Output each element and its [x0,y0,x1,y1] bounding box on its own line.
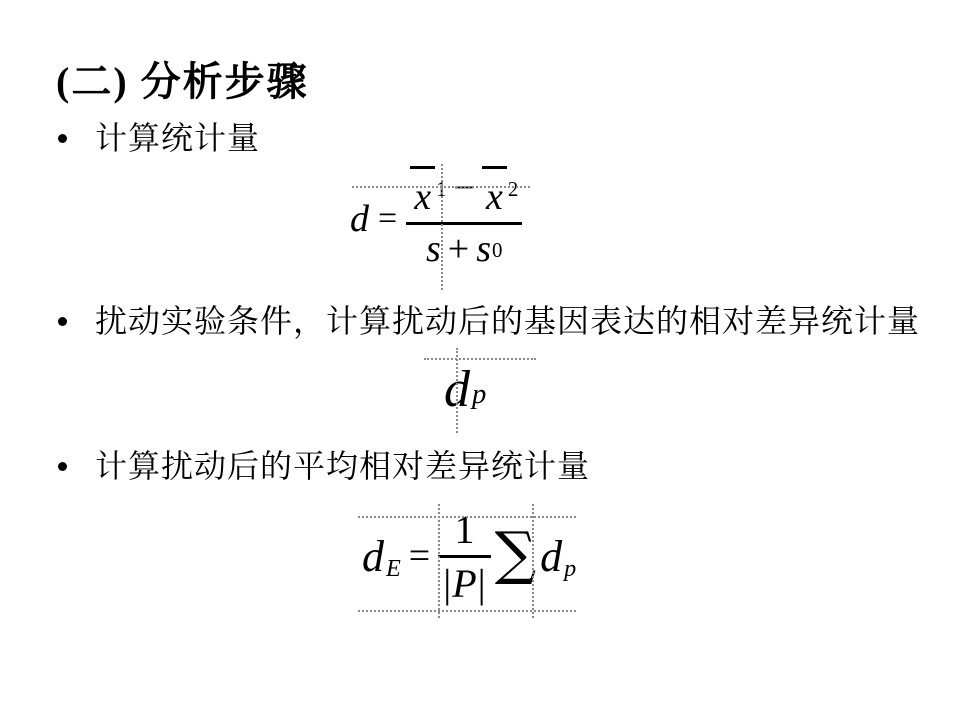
equation-guide-v [532,504,534,618]
equation-guide-h [358,516,576,518]
bullet-icon [58,462,67,471]
fraction-numerator: x 1 − x 2 [406,166,522,219]
overline-x2: x [482,166,507,219]
bullet-item-2: 扰动实验条件，计算扰动后的基因表达的相对差异统计量 [58,301,920,341]
abs-bar-right: | [477,560,487,607]
plus-sign: + [448,227,469,271]
fraction: x 1 − x 2 s + s 0 [406,166,522,271]
bullet-icon [58,134,67,143]
equation-d-statistic: d = x 1 − x 2 s + s 0 [350,166,522,271]
bullet-item-1: 计算统计量 [58,118,260,158]
abs-bar-left: | [442,560,452,607]
subscript-E: E [386,555,401,583]
minus-sign: − [454,166,475,210]
var-d: d [540,531,562,582]
slide-title: (二) 分析步骤 [56,60,309,104]
var-P: P [452,560,476,607]
bullet-text-1: 计算统计量 [95,118,260,158]
bullet-text-2: 扰动实验条件，计算扰动后的基因表达的相对差异统计量 [95,301,920,341]
var-d: d [362,531,384,582]
fraction-numerator: 1 [450,506,478,553]
var-d: d [350,197,369,241]
overline-x1: x [410,166,435,219]
summation-icon: ∑ [495,524,536,582]
fraction-denominator: | P | [438,560,490,607]
subscript-p: p [472,379,486,411]
bullet-item-3: 计算扰动后的平均相对差异统计量 [58,446,590,486]
bullet-icon [58,317,67,326]
equals-sign: = [409,534,430,578]
equals-sign: = [378,200,397,238]
equation-guide-v [438,504,440,618]
equation-d-p: d p [444,360,486,419]
xbar-2: x 2 [482,166,518,219]
subscript-0: 0 [492,238,502,263]
bullet-text-3: 计算扰动后的平均相对差异统计量 [95,446,590,486]
equation-d-average: d E = 1 | P | ∑ d p [362,510,576,602]
equation-guide-h [424,358,536,360]
fraction-denominator: s + s 0 [422,227,506,271]
equation-guide-v [441,164,443,290]
fraction-bar [438,555,490,558]
var-s0: s [476,227,491,271]
equation-guide-h [358,610,576,612]
subscript-p: p [564,555,576,583]
equation-guide-v [456,348,458,433]
fraction-bar [406,222,522,225]
number-1: 1 [454,506,474,553]
fraction: 1 | P | [438,506,490,607]
subscript-2: 2 [508,177,518,202]
var-s: s [426,227,441,271]
slide-canvas: (二) 分析步骤 计算统计量 d = x 1 − x 2 s + [0,0,960,720]
